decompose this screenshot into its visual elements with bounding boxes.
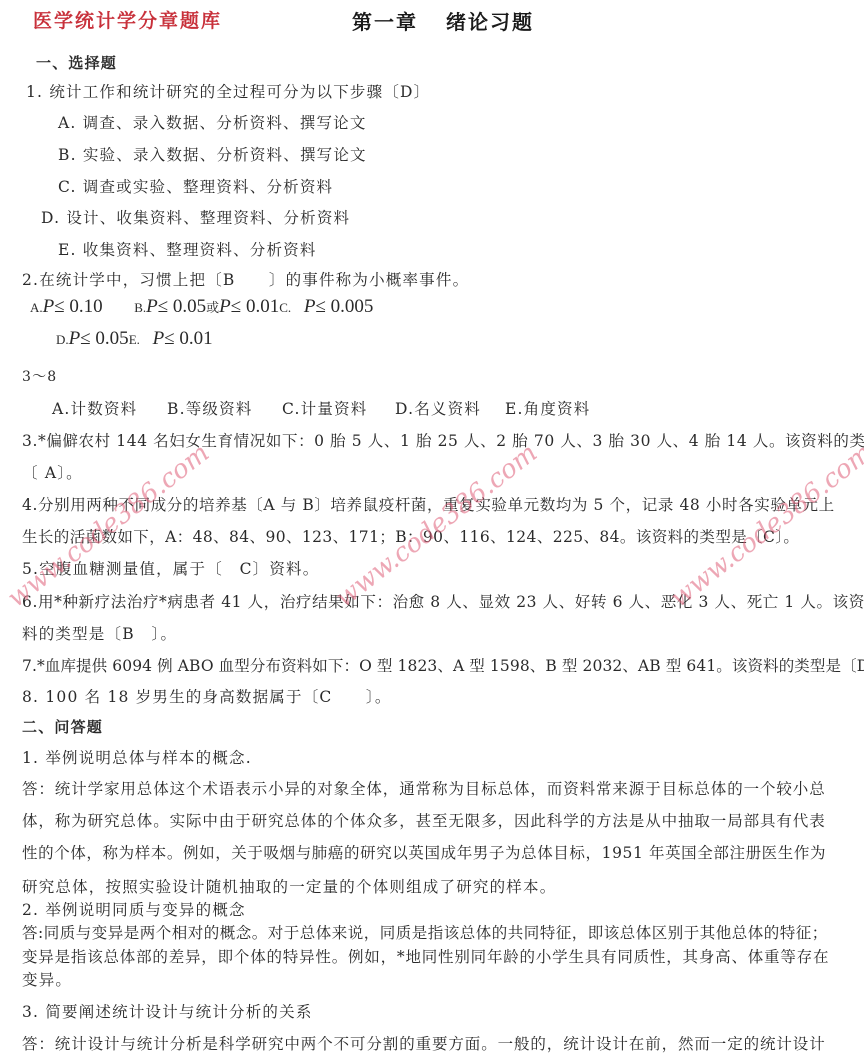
option-c: C.计量资料 [282,397,395,419]
q3-8-range: 3～8 [22,366,57,386]
q5: 5.空腹血糖测量值，属于〔 C〕资料。 [22,557,319,579]
q2-opt-d-value: ≤ 0.05 [80,328,128,349]
p-symbol: P [304,296,316,317]
q1-option-b: B. 实验、录入数据、分析资料、撰写论文 [58,143,367,165]
q1-option-e: E. 收集资料、整理资料、分析资料 [58,238,317,260]
p-symbol: P [43,296,55,317]
q2-options-row2: D.P≤ 0.05E. P≤ 0.01 [56,328,213,350]
chapter-name: 绪论习题 [446,10,534,34]
chapter-number: 第一章 [352,10,418,34]
q4-line1: 4.分别用两种不同成分的培养基〔A 与 B〕培养鼠疫杆菌，重复实验单元数均为 5… [22,493,835,515]
q2-options-row1: A.P≤ 0.10 B.P≤ 0.05或P≤ 0.01C. P≤ 0.005 [30,296,373,318]
option-e: E.角度资料 [505,397,590,419]
qa3-answer-line1: 答：统计设计与统计分析是科学研究中两个不可分割的重要方面。一般的，统计设计在前，… [22,1032,826,1054]
qa1-answer-line4: 研究总体，按照实验设计随机抽取的一定量的个体则组成了研究的样本。 [22,875,556,897]
p-symbol: P [69,328,81,349]
qa2-answer-line2: 变异是指该总体部的差异，即个体的特异性。例如，*地同性别同年龄的小学生具有同质性… [22,945,829,967]
section-title-qa: 二、问答题 [22,716,103,737]
qa2-title: 2. 举例说明同质与变异的概念 [22,898,246,920]
q3-line1: 3.*偏僻农村 144 名妇女生育情况如下：0 胎 5 人、1 胎 25 人、2… [22,429,864,451]
q8: 8. 100 名 18 岁男生的身高数据属于〔C 〕。 [22,685,392,707]
q7: 7.*血库提供 6094 例 ABO 血型分布资料如下：O 型 1823、A 型… [22,654,864,676]
q2-stem: 2.在统计学中，习惯上把〔B 〕的事件称为小概率事件。 [22,268,469,290]
qa3-title: 3. 简要阐述统计设计与统计分析的关系 [22,1000,313,1022]
p-symbol: P [146,296,158,317]
q2-opt-b-or: 或 [206,300,219,315]
qa1-answer-line3: 性的个体，称为样本。例如，关于吸烟与肺癌的研究以英国成年男子为总体目标，1951… [22,841,826,863]
q2-opt-c-label: C. [279,300,291,315]
option-a: A.计数资料 [52,397,167,419]
p-symbol: P [219,296,231,317]
section-title-choice: 一、选择题 [36,52,117,73]
chapter-title: 第一章绪论习题 [352,6,534,35]
q2-opt-e-value: ≤ 0.01 [164,328,212,349]
q2-opt-b-label: B. [134,300,146,315]
q4-line2: 生长的活菌数如下，A：48、84、90、123、171；B：90、116、124… [22,525,799,547]
q1-option-c: C. 调查或实验、整理资料、分析资料 [58,175,333,197]
q2-opt-b-value1: ≤ 0.05 [158,296,206,317]
p-symbol: P [153,328,165,349]
q1-option-a: A. 调查、录入数据、分析资料、撰写论文 [58,111,367,133]
q2-opt-b-value2: ≤ 0.01 [231,296,279,317]
qa1-answer-line2: 体，称为研究总体。实际中由于研究总体的个体众多，甚至无限多，因此科学的方法是从中… [22,809,826,831]
q3-line2: 〔 A〕。 [22,461,83,483]
option-d: D.名义资料 [395,397,505,419]
q6-line1: 6.用*种新疗法治疗*病患者 41 人，治疗结果如下：治愈 8 人、显效 23 … [22,590,864,612]
qa2-answer-line3: 变异。 [22,968,72,990]
q1-option-d: D. 设计、收集资料、整理资料、分析资料 [41,206,350,228]
qa1-answer-line1: 答：统计学家用总体这个术语表示小异的对象全体，通常称为目标总体，而资料常来源于目… [22,777,826,799]
q2-opt-a-label: A. [30,300,43,315]
book-title: 医学统计学分章题库 [33,6,222,33]
q2-opt-a-value: ≤ 0.10 [54,296,102,317]
option-b: B.等级资料 [167,397,282,419]
document-page: 医学统计学分章题库 第一章绪论习题 一、选择题 1. 统计工作和统计研究的全过程… [0,0,864,1056]
q6-line2: 料的类型是〔B 〕。 [22,622,177,644]
q2-opt-c-value: ≤ 0.005 [316,296,374,317]
q1-stem: 1. 统计工作和统计研究的全过程可分为以下步骤〔D〕 [26,80,430,102]
qa2-answer-line1: 答:同质与变异是两个相对的概念。对于总体来说，同质是指该总体的共同特征，即该总体… [22,921,828,943]
q3-8-options: A.计数资料B.等级资料C.计量资料D.名义资料E.角度资料 [52,397,590,419]
qa1-title: 1. 举例说明总体与样本的概念. [22,746,252,768]
q2-opt-d-label: D. [56,332,69,347]
q2-opt-e-label: E. [129,332,140,347]
